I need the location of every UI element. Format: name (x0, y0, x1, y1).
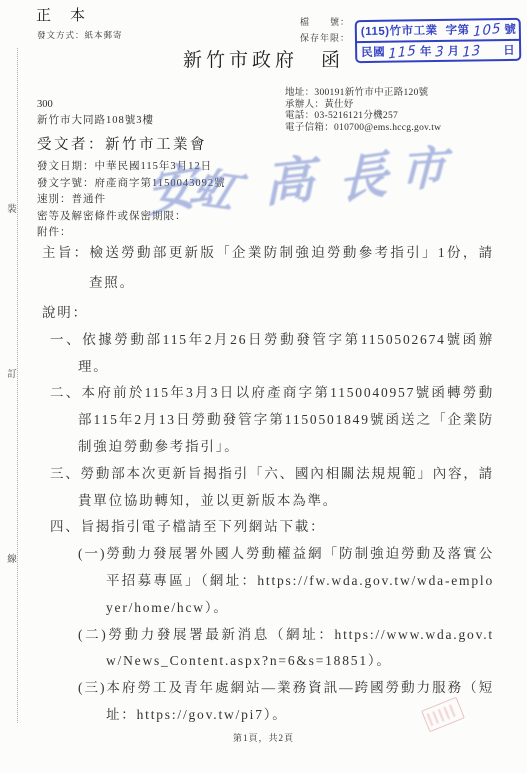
item-label: (一) (78, 546, 106, 561)
security-class-line: 密等及解密條件或保密期限： (37, 209, 226, 226)
letter-body: 主旨：檢送勞動部更新版「企業防制強迫勞動參考指引」1份，請查照。 說明： 一、依… (42, 238, 494, 729)
copy-type-label: 正 本 (36, 4, 87, 25)
signature-char: 長 (338, 134, 388, 214)
explanation-item: 二、本府前於115年3月3日以府產商字第1150040957號函轉勞動部115年… (42, 380, 494, 460)
file-number-label: 檔 號： (300, 15, 350, 28)
explanation-subitem: (二)勞動力發展署最新消息（網址：https://www.wda.gov.tw/… (42, 622, 494, 676)
stamp-era-label: 民國 (361, 43, 385, 59)
speed-class-line: 速別：普通件 (37, 192, 226, 209)
issue-date-line: 發文日期：中華民國115年3月12日 (37, 159, 226, 176)
recipient-postal-code: 300 (37, 99, 53, 110)
item-text: 勞動力發展署外國人勞動權益網「防制強迫勞動及落實公平招募專區」（網址：https… (106, 546, 494, 615)
stamp-day-unit: 日 (503, 42, 515, 58)
explanation-item: 一、依據勞動部115年2月26日勞動發管字第1150502674號函辦理。 (42, 327, 494, 381)
stamp-hao-suffix: 號 (504, 21, 516, 37)
delivery-method-label: 發文方式：紙本郵寄 (37, 29, 123, 41)
item-text: 勞動部本次更新旨揭指引「六、國內相關法規規範」內容，請貴單位協助轉知，並以更新版… (78, 466, 494, 508)
item-label: 三、 (50, 466, 81, 481)
stamp-month-handwritten: 3 (435, 43, 445, 60)
subject-text: 檢送勞動部更新版「企業防制強迫勞動參考指引」1份，請查照。 (89, 245, 494, 290)
item-label: (二) (78, 627, 108, 642)
signature-char: 高 (263, 139, 315, 216)
subject-label: 主旨： (42, 245, 90, 260)
contact-person: 承辦人：黃仕妤 (285, 100, 441, 112)
official-letter-page: 裝 訂 線 正 本 發文方式：紙本郵寄 檔 號： 保存年限： 新竹市政府 函 (… (0, 0, 527, 773)
explanation-subitem: (一)勞動力發展署外國人勞動權益網「防制強迫勞動及落實公平招募專區」（網址：ht… (42, 541, 494, 621)
stamp-year-handwritten: 115 (388, 42, 417, 62)
stamp-doc-number-row: (115)竹市工業 字第 105 號 (357, 20, 519, 41)
binding-mark-ding: 訂 (5, 366, 19, 380)
document-meta-block: 發文日期：中華民國115年3月12日 發文字號：府產商字第1150043092號… (37, 159, 226, 242)
binding-mark-xian: 線 (5, 551, 19, 565)
explanation-item: 三、勞動部本次更新旨揭指引「六、國內相關法規規範」內容，請貴單位協助轉知，並以更… (42, 461, 494, 515)
stamp-org-prefix: (115)竹市工業 (361, 22, 438, 39)
stamp-year-unit: 年 (420, 43, 432, 59)
stamp-doc-number-handwritten: 105 (473, 21, 502, 41)
retention-period-label: 保存年限： (300, 31, 350, 44)
contact-email: 電子信箱：010700@ems.hccg.gov.tw (285, 123, 441, 135)
contact-phone: 電話：03-5216121分機257 (285, 111, 441, 123)
binding-margin-line (17, 48, 18, 723)
agency-address: 地址：300191新竹市中正路120號 (285, 88, 441, 100)
explanation-label: 說明： (42, 300, 494, 327)
recipient-line: 受文者：新竹市工業會 (37, 133, 207, 154)
item-label: 四、 (50, 519, 81, 534)
signature-char: 市 (399, 131, 446, 200)
page-number-footer: 第1頁，共2頁 (0, 731, 527, 744)
item-text: 本府前於115年3月3日以府產商字第1150040957號函轉勞動部115年2月… (78, 385, 494, 454)
item-text: 依據勞動部115年2月26日勞動發管字第1150502674號函辦理。 (78, 332, 494, 374)
explanation-item: 四、旨揭指引電子檔請至下列網站下載： (42, 514, 494, 541)
stamp-month-unit: 月 (447, 42, 459, 58)
agency-contact-block: 地址：300191新竹市中正路120號 承辦人：黃仕妤 電話：03-521612… (285, 88, 441, 134)
stamp-zidi-label: 字第 (445, 22, 469, 38)
item-label: 一、 (50, 332, 82, 347)
item-label: 二、 (50, 385, 82, 400)
doc-number-line: 發文字號：府產商字第1150043092號 (37, 176, 226, 193)
recipient-street-address: 新竹市大同路108號3樓 (37, 112, 154, 127)
registry-date-stamp: (115)竹市工業 字第 105 號 民國 115 年 3 月 13 日 (355, 18, 522, 63)
item-text: 勞動力發展署最新消息（網址：https://www.wda.gov.tw/New… (106, 627, 494, 669)
stamp-date-row: 民國 115 年 3 月 13 日 (357, 38, 519, 61)
subject-paragraph: 主旨：檢送勞動部更新版「企業防制強迫勞動參考指引」1份，請查照。 (42, 238, 494, 298)
item-label: (三) (78, 680, 106, 695)
binding-mark-zhuang: 裝 (5, 201, 19, 215)
stamp-day-handwritten: 13 (463, 42, 482, 61)
item-text: 旨揭指引電子檔請至下列網站下載： (81, 519, 326, 534)
